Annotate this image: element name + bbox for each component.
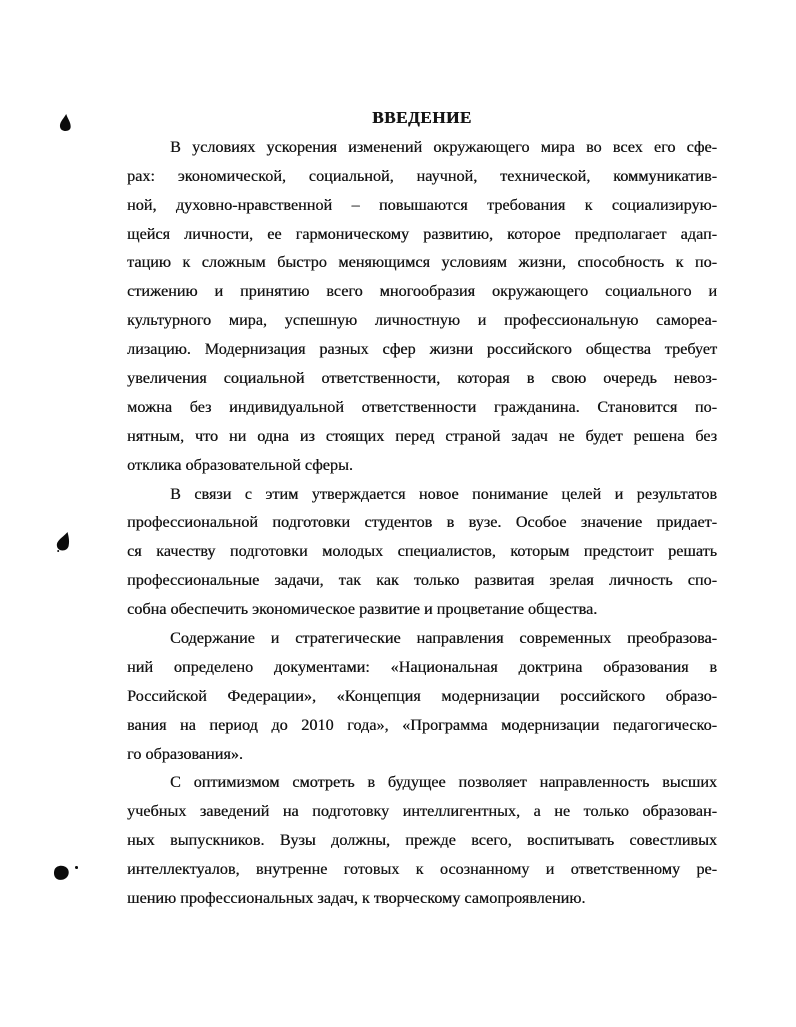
text-line: ся качеству подготовки молодых специалис… <box>127 537 717 566</box>
text-line: увеличения социальной ответственности, к… <box>127 364 717 393</box>
text-line: С оптимизмом смотреть в будущее позволяе… <box>127 768 717 797</box>
ink-blot-icon <box>59 114 72 134</box>
text-line: можна без индивидуальной ответственности… <box>127 393 717 422</box>
text-line: ной, духовно-нравственной – повышаются т… <box>127 191 717 220</box>
text-block: ВВЕДЕНИЕ В условиях ускорения изменений … <box>127 104 717 913</box>
text-line: ных выпускников. Вузы должны, прежде все… <box>127 826 717 855</box>
paragraphs-container: В условиях ускорения изменений окружающе… <box>127 133 717 913</box>
text-line: Содержание и стратегические направления … <box>127 624 717 653</box>
text-line: лизацию. Модернизация разных сфер жизни … <box>127 335 717 364</box>
text-line: тацию к сложным быстро меняющимся услови… <box>127 248 717 277</box>
text-line: рах: экономической, социальной, научной,… <box>127 162 717 191</box>
text-line: отклика образовательной сферы. <box>127 451 717 480</box>
text-line: нятным, что ни одна из стоящих перед стр… <box>127 422 717 451</box>
text-line: профессиональной подготовки студентов в … <box>127 508 717 537</box>
ink-blot-icon <box>52 864 70 882</box>
ink-speck-icon <box>75 866 78 869</box>
text-line: В связи с этим утверждается новое понима… <box>127 480 717 509</box>
text-line: го образования». <box>127 740 717 769</box>
text-line: культурного мира, успешную личностную и … <box>127 306 717 335</box>
text-line: шению профессиональных задач, к творческ… <box>127 884 717 913</box>
scanned-document-page: ВВЕДЕНИЕ В условиях ускорения изменений … <box>0 0 796 1027</box>
text-line: щейся личности, ее гармоническому развит… <box>127 220 717 249</box>
text-line: Российской Федерации», «Концепция модерн… <box>127 682 717 711</box>
text-line: В условиях ускорения изменений окружающе… <box>127 133 717 162</box>
text-line: ний определено документами: «Национальна… <box>127 653 717 682</box>
text-line: интеллектуалов, внутренне готовых к осоз… <box>127 855 717 884</box>
text-line: собна обеспечить экономическое развитие … <box>127 595 717 624</box>
text-line: профессиональные задачи, так как только … <box>127 566 717 595</box>
ink-blot-icon <box>56 532 70 553</box>
text-line: вания на период до 2010 года», «Программ… <box>127 711 717 740</box>
page-title: ВВЕДЕНИЕ <box>127 104 717 133</box>
text-line: учебных заведений на подготовку интеллиг… <box>127 797 717 826</box>
text-line: стижению и принятию всего многообразия о… <box>127 277 717 306</box>
